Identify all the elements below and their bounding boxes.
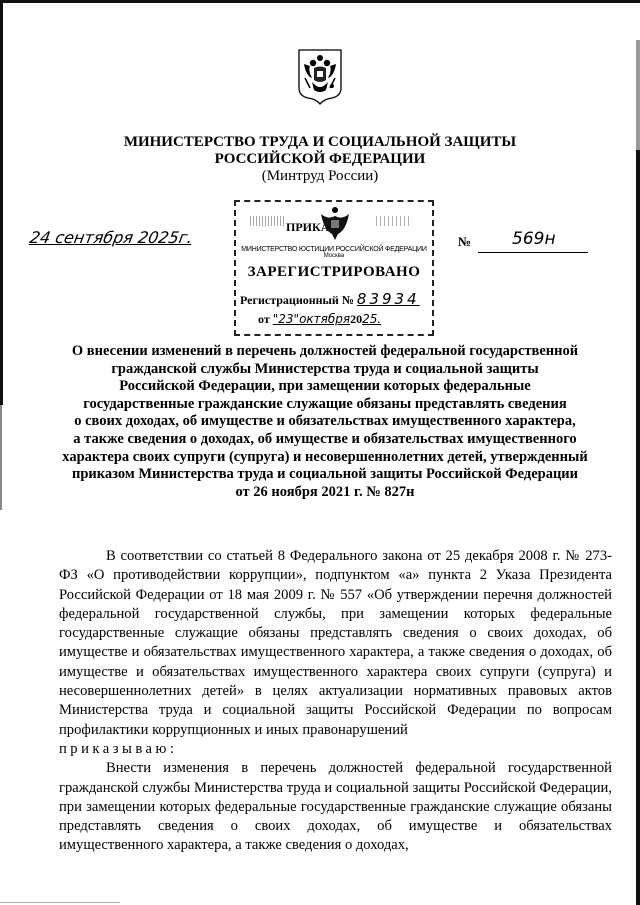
stamp-date-day: "23" [273,312,299,326]
order-date: 24 сентября 2025г. [28,228,194,247]
order-number-label: № [458,234,471,250]
stamp-ministry: МИНИСТЕРСТВО ЮСТИЦИИ РОССИЙСКОЙ ФЕДЕРАЦИ… [236,246,432,253]
stamp-reg-label: Регистрационный № [240,293,354,307]
preamble-paragraph: В соответствии со статьей 8 Федерального… [59,547,612,740]
order-word: приказываю: [59,740,612,759]
scan-edge-left-lower [0,405,2,510]
stamp-reg-number-row: Регистрационный № 83934 [240,290,420,308]
order-number-underline [478,252,588,253]
coat-of-arms-icon [296,48,344,106]
stamp-noise [250,216,286,226]
stamp-emblem-icon [318,204,352,242]
scan-edge-left [0,0,3,405]
title-line: а также сведения о доходах, об имуществе… [40,431,610,449]
stamp-noise [376,216,412,226]
scan-edge-bottom [0,902,120,903]
title-line: от 26 ноября 2021 г. № 827н [40,484,610,502]
scan-edge-top [0,0,640,3]
stamp-date-year-suffix: 25. [362,312,381,326]
stamp-date-month: октября [299,312,350,326]
operative-paragraph: Внести изменения в перечень должностей ф… [59,759,612,855]
title-line: приказом Министерства труда и социальной… [40,466,610,484]
title-line: О внесении изменений в перечень должност… [40,343,610,361]
ministry-name-line1: МИНИСТЕРСТВО ТРУДА И СОЦИАЛЬНОЙ ЗАЩИТЫ [0,134,640,151]
stamp-date-row: от "23"октября2025. [258,312,381,327]
title-line: государственные гражданские служащие обя… [40,396,610,414]
title-line: гражданской службы Министерства труда и … [40,361,610,379]
stamp-reg-number: 83934 [357,290,420,308]
title-line: о своих доходах, об имуществе и обязател… [40,413,610,431]
order-number: 569н [512,229,556,249]
stamp-date-prefix: от [258,312,270,326]
order-body: В соответствии со статьей 8 Федерального… [59,547,612,856]
stamp-registered: ЗАРЕГИСТРИРОВАНО [236,264,432,281]
ministry-name-line2: РОССИЙСКОЙ ФЕДЕРАЦИИ [0,151,640,168]
order-title: О внесении изменений в перечень должност… [40,343,610,501]
ministry-header: МИНИСТЕРСТВО ТРУДА И СОЦИАЛЬНОЙ ЗАЩИТЫ Р… [0,134,640,185]
title-line: характера своих супруги (супруга) и несо… [40,449,610,467]
ministry-short-name: (Минтруд России) [0,168,640,185]
registration-stamp: ПРИКАЗ МИНИСТЕРСТВО ЮСТИЦИИ РОССИЙСКОЙ Ф… [234,200,434,336]
stamp-city: Москва [236,253,432,259]
stamp-date-year-prefix: 20 [350,312,362,326]
title-line: Российской Федерации, при замещении кото… [40,378,610,396]
